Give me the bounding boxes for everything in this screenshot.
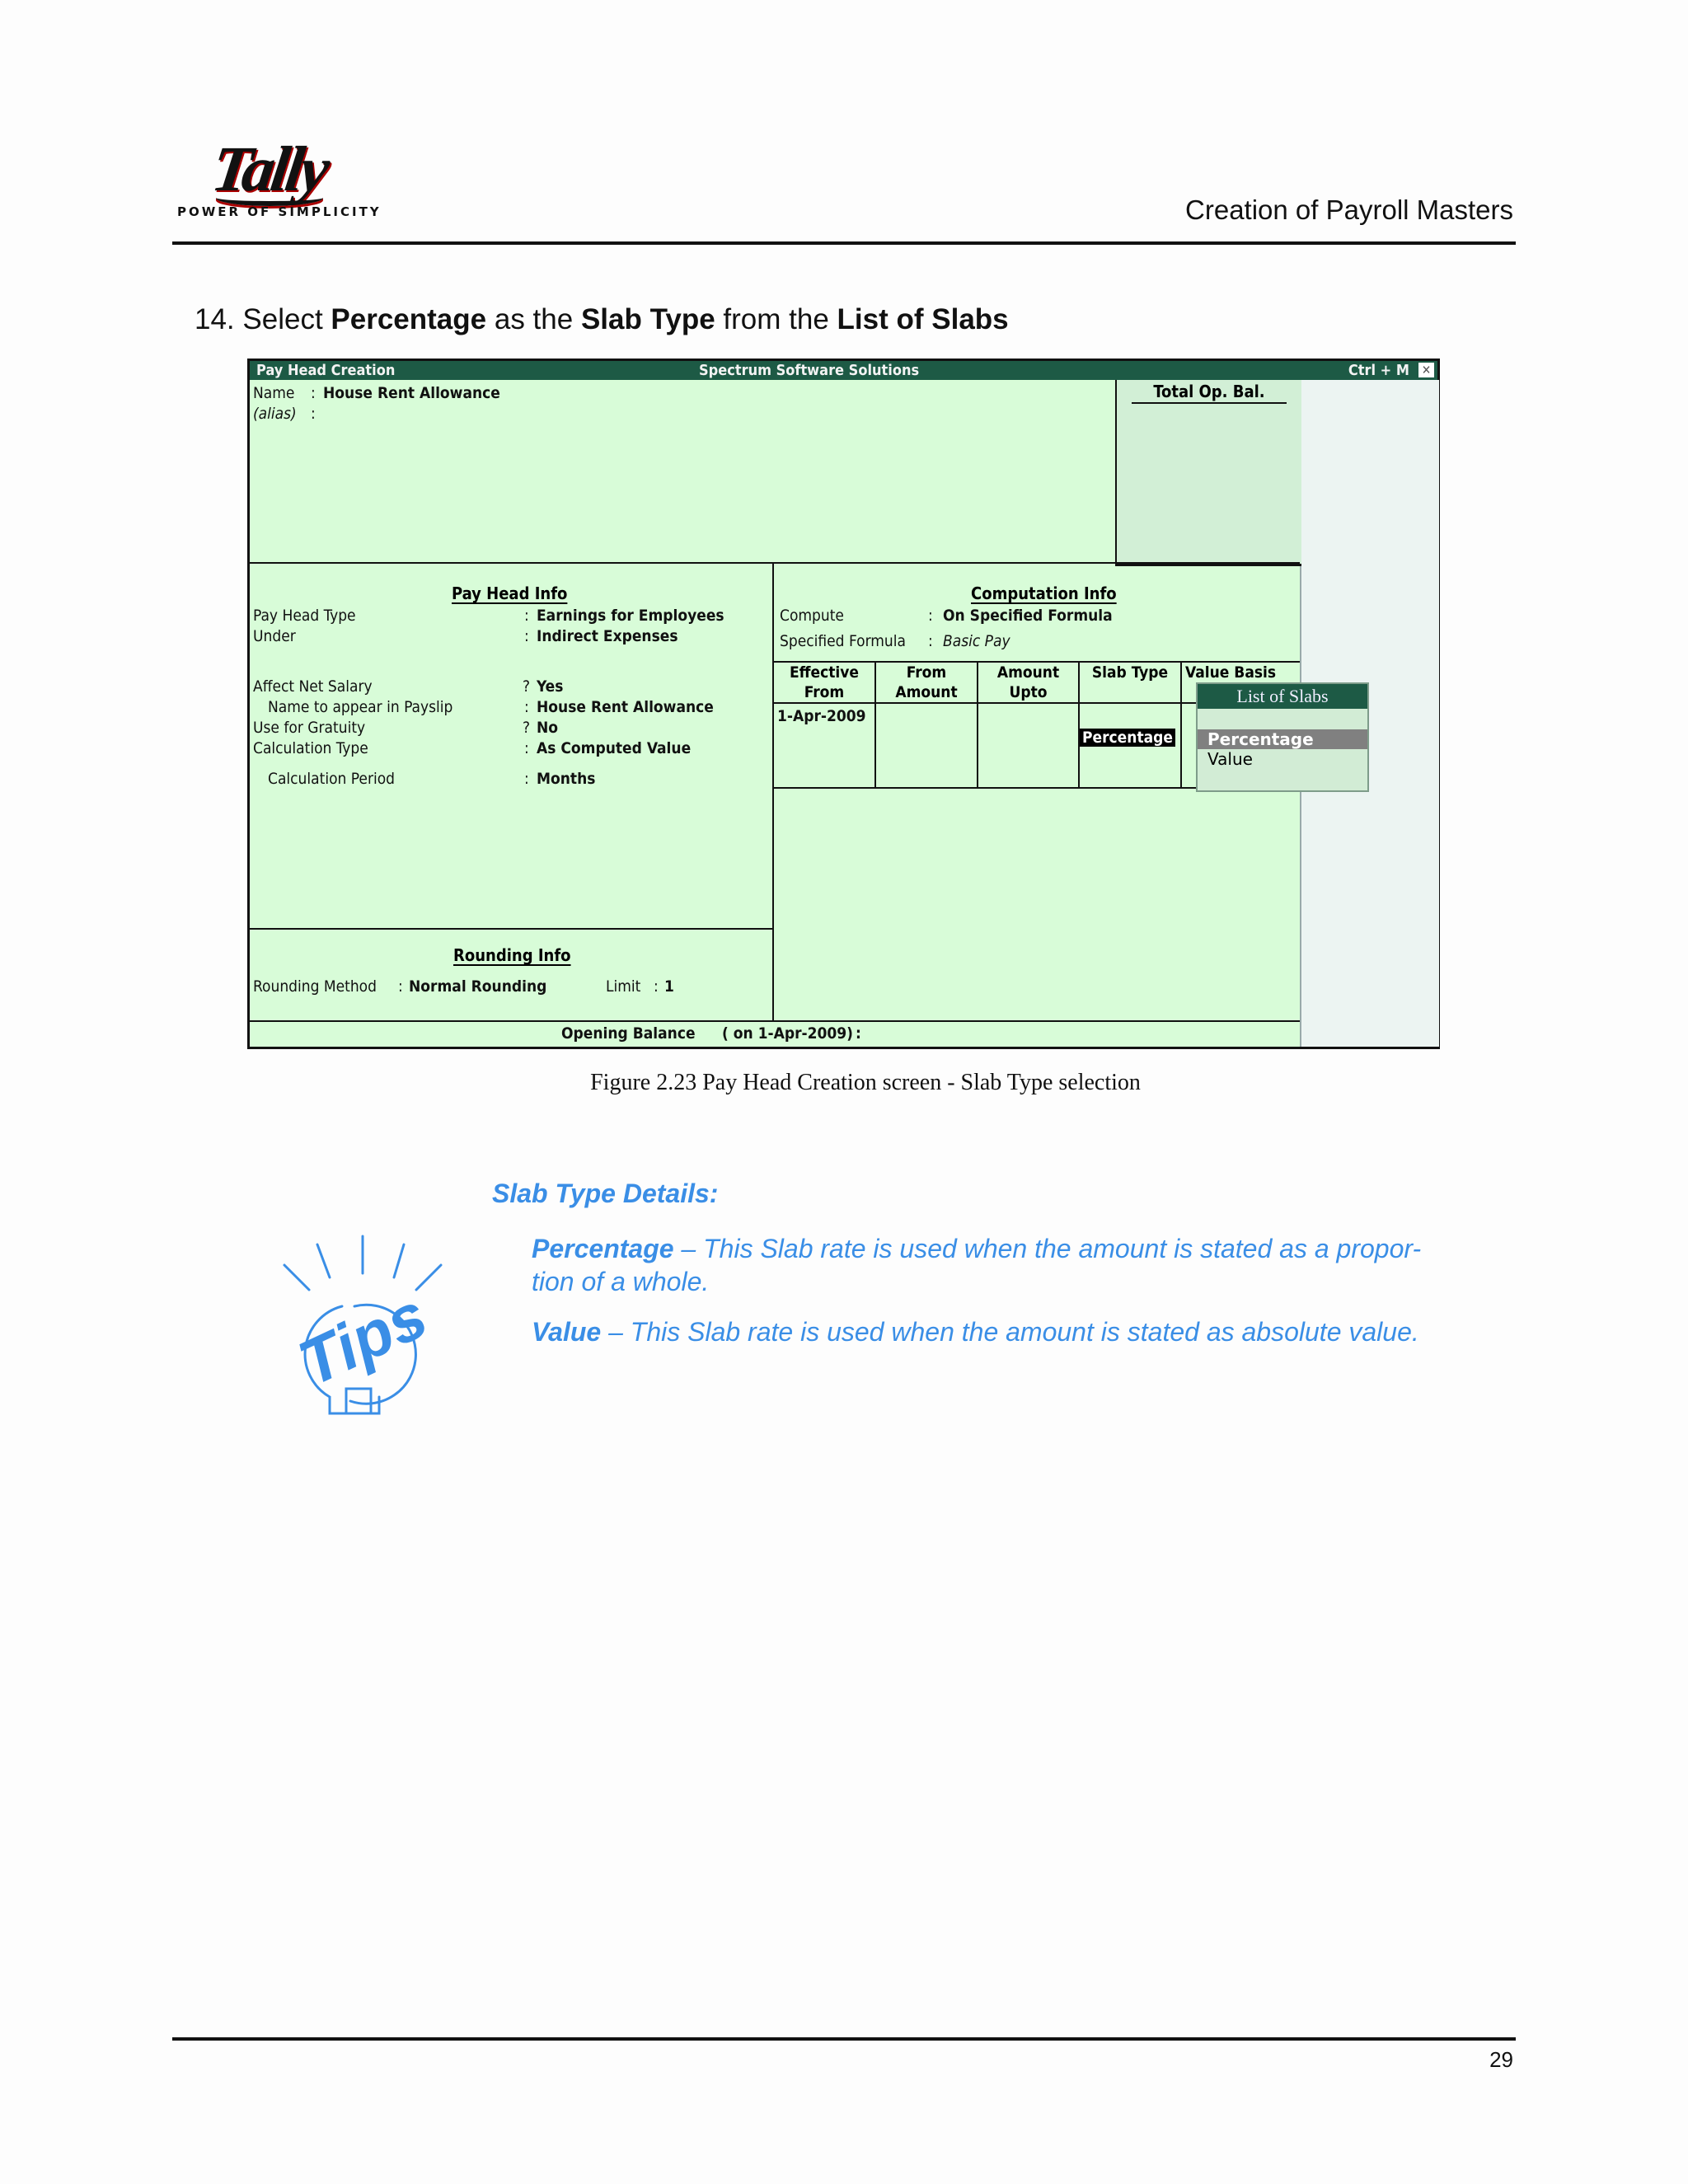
pay-head-creation-window: Pay Head Creation Spectrum Software Solu… xyxy=(247,359,1440,1049)
tip-text: This Slab rate is used when the amount i… xyxy=(703,1234,1421,1263)
step-text: Select xyxy=(242,303,322,335)
tally-logo-swoosh xyxy=(216,190,323,206)
step-bold-list-of-slabs: List of Slabs xyxy=(837,303,1009,335)
svg-text:Tips: Tips xyxy=(288,1278,437,1399)
field-sep: : xyxy=(524,770,529,788)
alias-field[interactable] xyxy=(323,405,653,423)
col-header-amount-upto: AmountUpto xyxy=(978,663,1078,702)
window-title: Pay Head Creation xyxy=(256,362,395,379)
payslip-name-label: Name to appear in Payslip xyxy=(268,698,452,716)
page-number: 29 xyxy=(1489,2047,1513,2073)
opening-balance-divider xyxy=(250,1020,1300,1022)
total-op-bal-title: Total Op. Bal. xyxy=(1117,382,1301,401)
specified-formula-field[interactable]: Basic Pay xyxy=(943,632,1010,650)
section-vertical-divider xyxy=(772,563,774,1021)
step-number: 14. xyxy=(195,303,235,335)
alias-label: (alias) xyxy=(253,405,297,423)
tip-percentage: Percentage – This Slab rate is used when… xyxy=(532,1232,1479,1298)
company-name: Spectrum Software Solutions xyxy=(699,362,919,379)
rounding-info-title: Rounding Info xyxy=(453,945,571,965)
field-sep: : xyxy=(654,977,659,996)
step-instruction: 14. Select Percentage as the Slab Type f… xyxy=(195,303,1009,336)
list-of-slabs-popup: List of Slabs Percentage Value xyxy=(1196,682,1369,792)
limit-label: Limit xyxy=(606,977,640,996)
payslip-name-field[interactable]: House Rent Allowance xyxy=(537,698,714,716)
col-header-slab-type: Slab Type xyxy=(1080,663,1180,682)
rounding-method-field[interactable]: Normal Rounding xyxy=(409,977,546,996)
total-op-bal-underline xyxy=(1132,402,1287,404)
tip-text: tion of a whole. xyxy=(532,1267,709,1296)
rounding-divider xyxy=(250,928,774,930)
calculation-period-label: Calculation Period xyxy=(268,770,395,788)
calculation-type-label: Calculation Type xyxy=(253,739,368,757)
alias-sep: : xyxy=(311,405,316,423)
specified-formula-label: Specified Formula xyxy=(780,632,906,650)
effective-from-cell[interactable]: 1-Apr-2009 xyxy=(777,707,866,725)
tips-lightbulb-icon: Tips xyxy=(256,1228,445,1418)
affect-net-salary-field[interactable]: Yes xyxy=(537,677,563,696)
compute-field[interactable]: On Specified Formula xyxy=(943,607,1113,625)
opening-balance-label: Opening Balance xyxy=(561,1024,696,1043)
step-text: from the xyxy=(723,303,828,335)
name-field[interactable]: House Rent Allowance xyxy=(323,384,500,402)
slab-option-percentage[interactable]: Percentage xyxy=(1198,729,1367,749)
field-sep: : xyxy=(524,627,529,645)
pay-head-info-title: Pay Head Info xyxy=(452,583,567,603)
pay-head-type-field[interactable]: Earnings for Employees xyxy=(537,607,724,625)
limit-field[interactable]: 1 xyxy=(664,977,674,996)
use-for-gratuity-label: Use for Gratuity xyxy=(253,719,365,737)
use-for-gratuity-field[interactable]: No xyxy=(537,719,558,737)
field-sep: : xyxy=(928,632,933,650)
step-bold-slab-type: Slab Type xyxy=(581,303,715,335)
window-title-bar: Pay Head Creation Spectrum Software Solu… xyxy=(250,361,1437,380)
field-sep: : xyxy=(524,739,529,757)
close-icon[interactable]: ✕ xyxy=(1418,363,1434,377)
pay-head-type-label: Pay Head Type xyxy=(253,607,356,625)
field-sep: ? xyxy=(523,719,530,737)
tip-value: Value – This Slab rate is used when the … xyxy=(532,1315,1479,1348)
field-sep: : xyxy=(524,698,529,716)
tip-term: Percentage xyxy=(532,1234,674,1263)
opening-balance-date: ( on 1-Apr-2009) xyxy=(722,1024,853,1043)
header-rule xyxy=(172,241,1516,245)
step-text: as the xyxy=(495,303,573,335)
footer-rule xyxy=(172,2037,1516,2041)
shortcut-label: Ctrl + M xyxy=(1348,362,1409,379)
affect-net-salary-label: Affect Net Salary xyxy=(253,677,373,696)
calculation-period-field[interactable]: Months xyxy=(537,770,595,788)
field-sep: : xyxy=(524,607,529,625)
field-sep: : xyxy=(928,607,933,625)
tip-term: Value xyxy=(532,1317,601,1347)
computation-info-title: Computation Info xyxy=(971,583,1117,603)
field-sep: ? xyxy=(523,677,530,696)
tally-logo-tagline: POWER OF SIMPLICITY xyxy=(177,204,382,219)
col-header-value-basis: Value Basis xyxy=(1182,663,1303,682)
total-op-bal-panel: Total Op. Bal. xyxy=(1115,380,1301,566)
list-of-slabs-title: List of Slabs xyxy=(1198,684,1367,709)
section-divider xyxy=(250,562,1300,564)
under-field[interactable]: Indirect Expenses xyxy=(537,627,678,645)
name-sep: : xyxy=(311,384,316,402)
slab-type-cell[interactable]: Percentage xyxy=(1080,729,1175,747)
field-sep: : xyxy=(398,977,403,996)
opening-balance-field[interactable]: : xyxy=(856,1024,861,1043)
figure-caption: Figure 2.23 Pay Head Creation screen - S… xyxy=(0,1070,1688,1096)
name-label: Name xyxy=(253,384,294,402)
compute-label: Compute xyxy=(780,607,844,625)
col-header-from-amount: FromAmount xyxy=(876,663,977,702)
slab-option-value[interactable]: Value xyxy=(1207,749,1253,769)
tip-text: This Slab rate is used when the amount i… xyxy=(631,1317,1419,1347)
under-label: Under xyxy=(253,627,296,645)
tips-heading: Slab Type Details: xyxy=(492,1179,718,1209)
col-header-effective-from: EffectiveFrom xyxy=(774,663,874,702)
chapter-title: Creation of Payroll Masters xyxy=(1185,194,1513,226)
calculation-type-field[interactable]: As Computed Value xyxy=(537,739,691,757)
step-bold-percentage: Percentage xyxy=(331,303,486,335)
rounding-method-label: Rounding Method xyxy=(253,977,377,996)
